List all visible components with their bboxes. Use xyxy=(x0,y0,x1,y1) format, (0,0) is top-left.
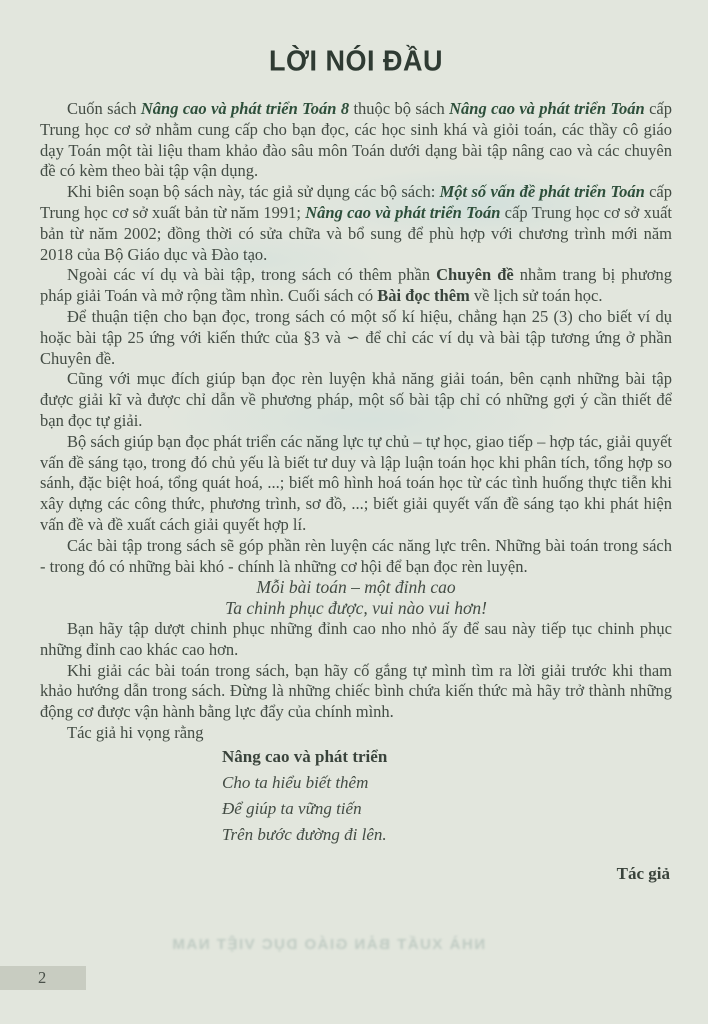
paragraph: Ta chinh phục được, vui nào vui hơn! xyxy=(40,598,672,619)
paragraph: Bộ sách giúp bạn đọc phát triển các năng… xyxy=(40,432,672,536)
text-segment: Tác giả xyxy=(617,864,670,883)
paragraph: Để thuận tiện cho bạn đọc, trong sách có… xyxy=(40,307,672,369)
text-segment: Nâng cao và phát triển Toán xyxy=(305,203,500,222)
paragraph: Để giúp ta vững tiến xyxy=(222,796,672,822)
bleed-through-text: NHÀ XUẤT BẢN GIÁO DỤC VIỆT NAM xyxy=(0,936,708,953)
paragraph: Trên bước đường đi lên. xyxy=(222,822,672,848)
text-segment: Chuyên đề xyxy=(436,265,514,284)
paragraph: Mỗi bài toán – một đỉnh cao xyxy=(40,577,672,598)
text-segment: Để giúp ta vững tiến xyxy=(222,799,362,818)
page-number-bar: 2 xyxy=(0,966,86,990)
text-segment: Khi biên soạn bộ sách này, tác giả sử dụ… xyxy=(67,182,440,201)
page-number: 2 xyxy=(0,966,46,990)
text-segment: Trên bước đường đi lên. xyxy=(222,825,387,844)
text-segment: Bạn hãy tập dượt chinh phục những đỉnh c… xyxy=(40,619,672,659)
text-segment: Mỗi bài toán – một đỉnh cao xyxy=(256,577,455,597)
text-segment: về lịch sử toán học. xyxy=(470,286,603,305)
text-segment: Bài đọc thêm xyxy=(377,286,470,305)
paragraph: Khi biên soạn bộ sách này, tác giả sử dụ… xyxy=(40,182,672,265)
paragraph: Các bài tập trong sách sẽ góp phần rèn l… xyxy=(40,536,672,578)
paragraph: Bạn hãy tập dượt chinh phục những đỉnh c… xyxy=(40,619,672,661)
paragraph: Khi giải các bài toán trong sách, bạn hã… xyxy=(40,661,672,723)
text-segment: Cuốn sách xyxy=(67,99,141,118)
text-segment: Cũng với mục đích giúp bạn đọc rèn luyện… xyxy=(40,369,672,430)
text-segment: Ngoài các ví dụ và bài tập, trong sách c… xyxy=(67,265,436,284)
text-segment: Khi giải các bài toán trong sách, bạn hã… xyxy=(40,661,672,722)
text-segment: Để thuận tiện cho bạn đọc, trong sách có… xyxy=(40,307,672,368)
text-segment: Ta chinh phục được, vui nào vui hơn! xyxy=(225,598,487,618)
paragraph: Tác giả hi vọng rằng xyxy=(40,723,672,744)
paragraph: Nâng cao và phát triển xyxy=(222,744,672,770)
paragraph: Ngoài các ví dụ và bài tập, trong sách c… xyxy=(40,265,672,307)
text-segment: Bộ sách giúp bạn đọc phát triển các năng… xyxy=(40,432,672,534)
paragraph: Cuốn sách Nâng cao và phát triển Toán 8 … xyxy=(40,99,672,182)
preface-text: Cuốn sách Nâng cao và phát triển Toán 8 … xyxy=(40,99,672,885)
text-segment: thuộc bộ sách xyxy=(349,99,449,118)
paragraph: Cho ta hiểu biết thêm xyxy=(222,770,672,796)
text-segment: Cho ta hiểu biết thêm xyxy=(222,773,368,792)
text-segment: Nâng cao và phát triển xyxy=(222,747,387,766)
text-segment: Nâng cao và phát triển Toán xyxy=(449,99,645,118)
text-segment: Tác giả hi vọng rằng xyxy=(67,723,204,742)
paragraph: Tác giả xyxy=(40,864,670,885)
book-page: LỜI NÓI ĐẦU Cuốn sách Nâng cao và phát t… xyxy=(0,0,708,1024)
paragraph: Cũng với mục đích giúp bạn đọc rèn luyện… xyxy=(40,369,672,431)
page-title: LỜI NÓI ĐẦU xyxy=(40,45,672,78)
text-segment: Nâng cao và phát triển Toán 8 xyxy=(141,99,349,118)
text-segment: Một số vấn đề phát triển Toán xyxy=(440,182,645,201)
text-segment: Các bài tập trong sách sẽ góp phần rèn l… xyxy=(40,536,672,576)
